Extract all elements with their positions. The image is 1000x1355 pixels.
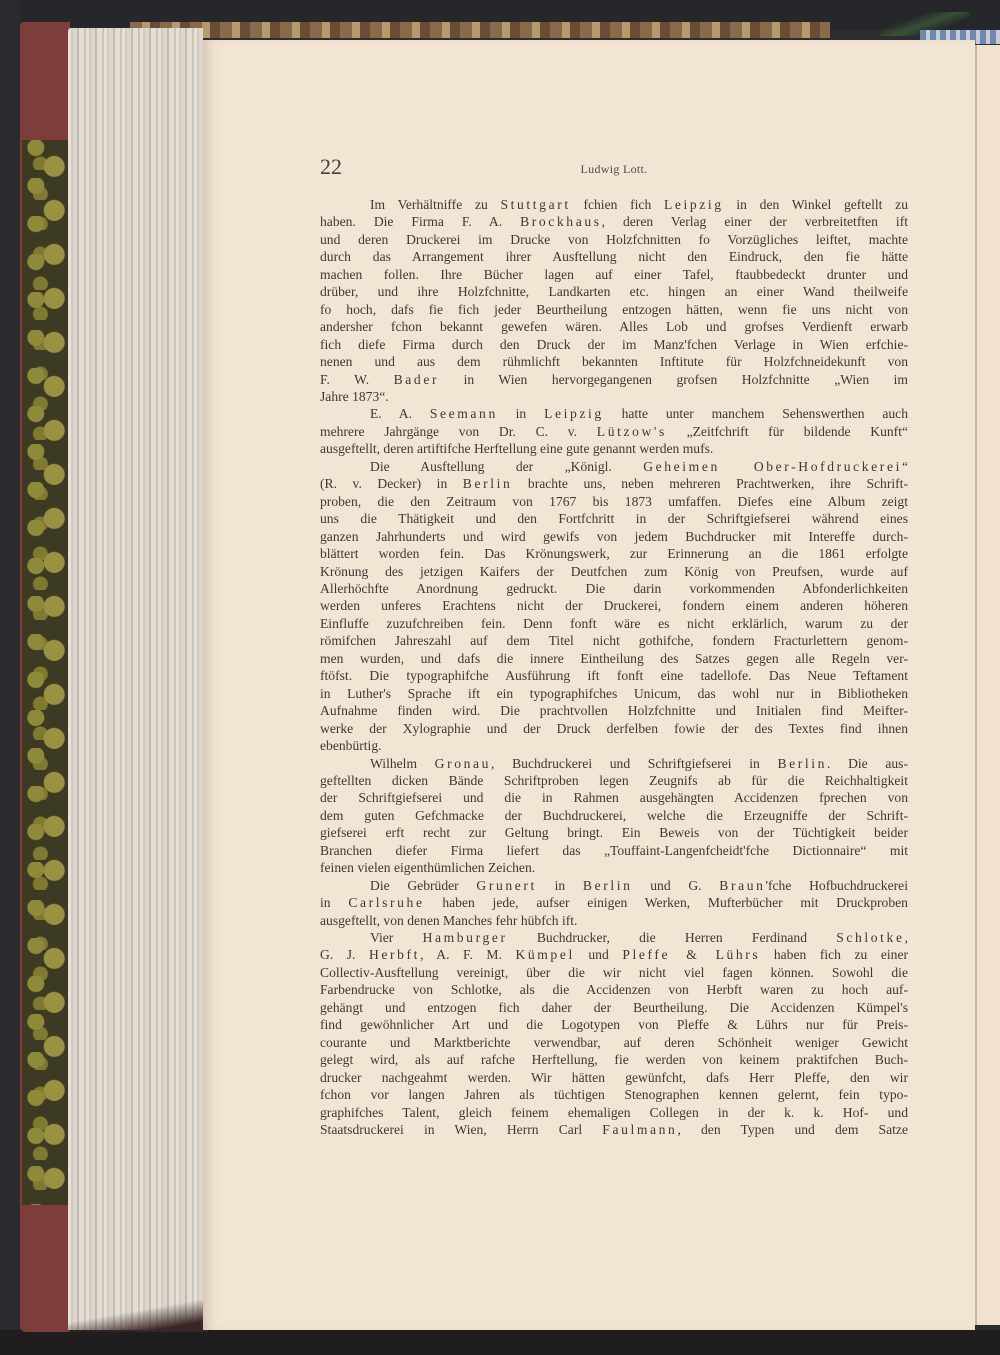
text-line: blättert worden fein. Das Krönungswerk, …	[320, 545, 908, 562]
text-line: Aufnahme finden wird. Die prachtvollen H…	[320, 702, 908, 719]
text-line: durch das Arrangement ihrer Ausftellung …	[320, 248, 908, 265]
text-line: ebenbürtig.	[320, 737, 908, 754]
text-line: find gewöhnlicher Art und die Logotypen …	[320, 1016, 908, 1033]
paragraph: Wilhelm Gronau, Buchdruckerei und Schrif…	[320, 755, 908, 877]
text-line: fchon vor langen Jahren als tüchtigen St…	[320, 1086, 908, 1103]
text-line: drüber, und ihre Holzfchnitte, Landkarte…	[320, 283, 908, 300]
text-line: giefserei erft recht zur Geltung bringt.…	[320, 824, 908, 841]
text-line: in Carlsruhe haben jede, aufser einigen …	[320, 894, 908, 911]
paragraph: Die Ausftellung der „Königl. Geheimen Ob…	[320, 458, 908, 755]
paragraph: Die Gebrüder Grunert in Berlin und G. Br…	[320, 877, 908, 929]
text-line: uns die Thätigkeit und den Fortfchritt i…	[320, 510, 908, 527]
book-page-stack	[68, 28, 203, 1330]
text-line: Die Gebrüder Grunert in Berlin und G. Br…	[320, 877, 908, 894]
book-cover-marbled-paper	[22, 140, 68, 1205]
text-line: Allerhöchfte Anordnung gedruckt. Die dar…	[320, 580, 908, 597]
facing-page-edge	[975, 45, 1000, 1325]
text-line: fo hoch, dafs fie fich jeder Beurtheilun…	[320, 301, 908, 318]
text-line: drucker nachgeahmt werden. Wir hätten ge…	[320, 1069, 908, 1086]
text-line: gehängt und entzogen fich daher der Beur…	[320, 999, 908, 1016]
text-line: werke der Xylographie und der Druck derf…	[320, 720, 908, 737]
paragraph: E. A. Seemann in Leipzig hatte unter man…	[320, 405, 908, 457]
text-line: Wilhelm Gronau, Buchdruckerei und Schrif…	[320, 755, 908, 772]
text-line: nenen und aus dem rühmlichft bekannten I…	[320, 353, 908, 370]
book-shadow	[68, 1300, 208, 1332]
text-line: ausgeftellt, deren artiftifche Herftellu…	[320, 440, 908, 457]
text-line: geftellten dicken Bände Schriftproben le…	[320, 772, 908, 789]
text-line: G. J. Herbft, A. F. M. Kümpel und Pleffe…	[320, 946, 908, 963]
body-text: Im Verhältniffe zu Stuttgart fchien fich…	[320, 196, 908, 1138]
text-line: (R. v. Decker) in Berlin brachte uns, ne…	[320, 475, 908, 492]
paragraph: Im Verhältniffe zu Stuttgart fchien fich…	[320, 196, 908, 405]
text-line: courante und Marktberichte verwendbar, a…	[320, 1034, 908, 1051]
text-line: werden unferes Erachtens nicht der Druck…	[320, 597, 908, 614]
text-line: Branchen diefer Firma liefert das „Touff…	[320, 842, 908, 859]
book-headband	[130, 22, 830, 38]
running-head: Ludwig Lott.	[320, 162, 908, 177]
text-line: F. W. Bader in Wien hervorgegangenen gro…	[320, 371, 908, 388]
text-line: graphifches Talent, gleich feinem ehemal…	[320, 1104, 908, 1121]
text-line: haben. Die Firma F. A. Brockhaus, deren …	[320, 213, 908, 230]
text-line: Die Ausftellung der „Königl. Geheimen Ob…	[320, 458, 908, 475]
text-line: men wurden, und dafs die innere Eintheil…	[320, 650, 908, 667]
text-line: in Luther's Sprache ift ein typographifc…	[320, 685, 908, 702]
text-line: Collectiv-Ausftellung vereinigt, über di…	[320, 964, 908, 981]
text-line: ganzen Jahrhunderts und wird gewifs von …	[320, 528, 908, 545]
paragraph: Vier Hamburger Buchdrucker, die Herren F…	[320, 929, 908, 1138]
text-line: feinen vielen eigenthümlichen Zeichen.	[320, 859, 908, 876]
text-line: mehrere Jahrgänge von Dr. C. v. Lützow's…	[320, 423, 908, 440]
text-line: proben, die den Zeitraum von 1767 bis 18…	[320, 493, 908, 510]
text-line: gelegt wird, als auf rafche Herftellung,…	[320, 1051, 908, 1068]
background-bottom	[0, 1330, 1000, 1355]
text-line: andersher fchon bekannt gewefen wären. A…	[320, 318, 908, 335]
page-header: 22 Ludwig Lott.	[320, 154, 908, 184]
text-line: E. A. Seemann in Leipzig hatte unter man…	[320, 405, 908, 422]
text-line: machen follen. Ihre Bücher lagen auf ein…	[320, 266, 908, 283]
text-line: Farbendrucke von Schlotke, als die Accid…	[320, 981, 908, 998]
text-line: der Schriftgiefserei und die in Rahmen a…	[320, 789, 908, 806]
text-line: ftöfst. Die typographifche Ausführung if…	[320, 667, 908, 684]
text-line: ausgeftellt, von denen Manches fehr hübf…	[320, 912, 908, 929]
text-line: Jahre 1873“.	[320, 388, 908, 405]
text-line: dem guten Gefchmacke der Buchdruckerei, …	[320, 807, 908, 824]
background-left	[0, 0, 20, 1355]
text-line: römifchen Jahreszahl auf dem Titel nicht…	[320, 632, 908, 649]
text-line: Einfluffe zuzufchreiben fein. Denn fonft…	[320, 615, 908, 632]
text-line: fich diefe Firma durch den Druck der im …	[320, 336, 908, 353]
text-line: Vier Hamburger Buchdrucker, die Herren F…	[320, 929, 908, 946]
text-line: und deren Druckerei im Drucke von Holzfc…	[320, 231, 908, 248]
text-line: Staatsdruckerei in Wien, Herrn Carl Faul…	[320, 1121, 908, 1138]
text-line: Im Verhältniffe zu Stuttgart fchien fich…	[320, 196, 908, 213]
text-line: Krönung des jetzigen Kaifers der Deutfch…	[320, 563, 908, 580]
